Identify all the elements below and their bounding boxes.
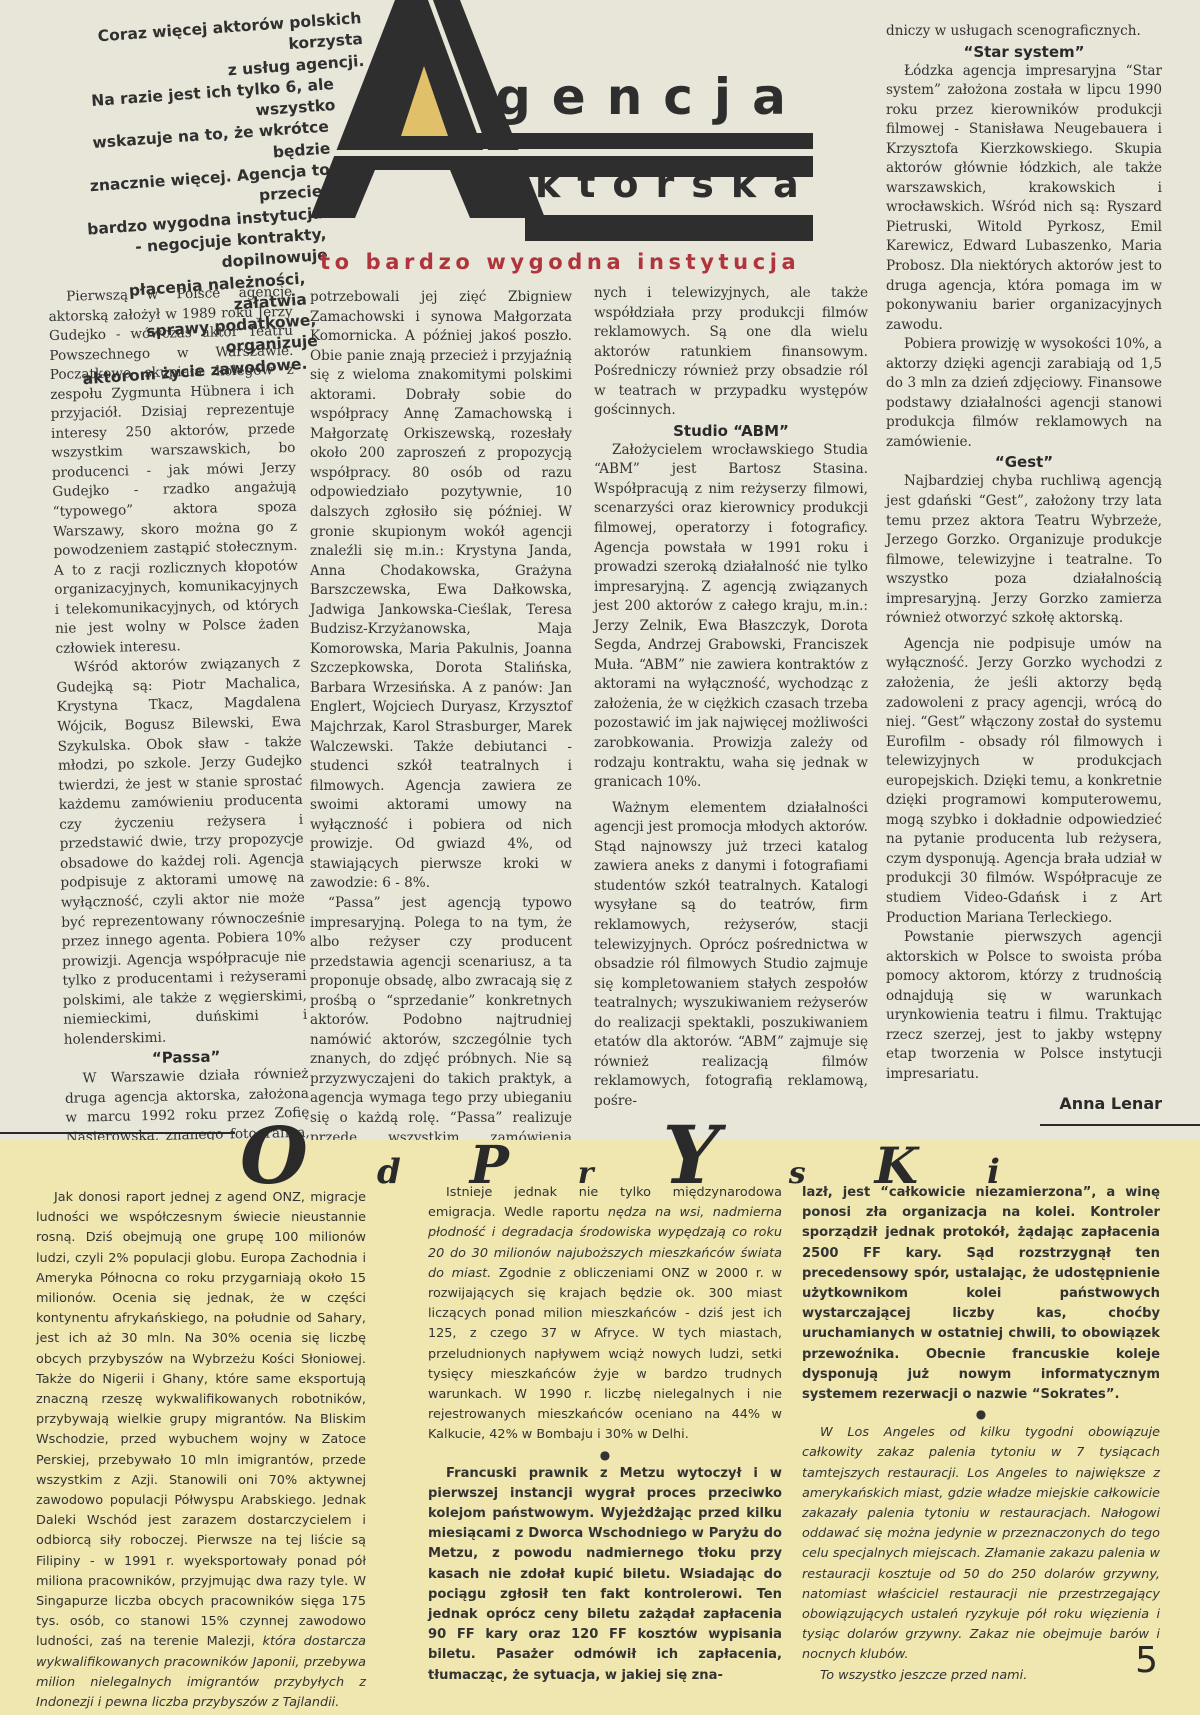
section-heading-gest: “Gest”: [886, 452, 1162, 472]
paragraph: Założycielem wrocławskiego Studia “ABM” …: [594, 441, 868, 793]
section-heading-studio-abm: Studio “ABM”: [594, 421, 868, 441]
paragraph-bold: Francuski prawnik z Metzu wytoczył i w p…: [428, 1464, 782, 1686]
page-number: 5: [1135, 1640, 1158, 1681]
paragraph: Powstanie pierwszych agencji aktorskich …: [886, 928, 1162, 1084]
paragraph: dniczy w usługach scenograficznych.: [886, 22, 1162, 42]
magazine-page: Coraz więcej aktorów polskich korzysta z…: [0, 0, 1200, 1715]
paragraph: potrzebowali jej zięć Zbigniew Zamachows…: [310, 288, 572, 894]
article-subtitle: to bardzo wygodna instytucja: [320, 250, 800, 274]
divider-left: [0, 1132, 235, 1134]
paragraph: Ważnym elementem działalności agencji je…: [594, 799, 868, 1112]
article-title-logo: gencja ktorska to bardzo wygodna instytu…: [300, 0, 870, 290]
paragraph: Agencja nie podpisuje umów na wyłączność…: [886, 635, 1162, 928]
odpryski-column-3: lazł, jest “całkowicie niezamierzona”, a…: [802, 1183, 1160, 1686]
paragraph: Najbardziej chyba ruchliwą agencją jest …: [886, 472, 1162, 628]
odpryski-column-1: Jak donosi raport jednej z agend ONZ, mi…: [36, 1188, 366, 1713]
paragraph: Jak donosi raport jednej z agend ONZ, mi…: [36, 1188, 366, 1713]
article-column-1: Pierwszą w Polsce agencję aktorską założ…: [48, 283, 312, 1227]
paragraph-italic: W Los Angeles od kilku tygodni obowiązuj…: [802, 1423, 1160, 1665]
article-column-2: potrzebowali jej zięć Zbigniew Zamachows…: [310, 288, 572, 1187]
paragraph: Pierwszą w Polsce agencję aktorską założ…: [48, 283, 300, 659]
article-column-3: nych i telewizyjnych, ale także współdzi…: [594, 284, 868, 1111]
paragraph-bold: lazł, jest “całkowicie niezamierzona”, a…: [802, 1183, 1160, 1405]
paragraph: nych i telewizyjnych, ale także współdzi…: [594, 284, 868, 421]
paragraph: Istnieje jednak nie tylko międzynarodowa…: [428, 1183, 782, 1446]
title-word-gencja: gencja: [495, 68, 807, 126]
text-run: Zgodnie z obliczeniami ONZ w 2000 r. w r…: [428, 1266, 782, 1443]
title-letter: d: [377, 1152, 401, 1192]
odpryski-column-2: Istnieje jednak nie tylko międzynarodowa…: [428, 1183, 782, 1686]
bullet-separator: ●: [802, 1405, 1160, 1423]
text-run: Jak donosi raport jednej z agend ONZ, mi…: [36, 1190, 366, 1649]
paragraph-italic: To wszystko jeszcze przed nami.: [802, 1666, 1160, 1686]
paragraph: Łódzka agencja impresaryjna “Star system…: [886, 62, 1162, 336]
article-column-4: dniczy w usługach scenograficznych. “Sta…: [886, 22, 1162, 1114]
paragraph: Pobiera prowizję w wysokości 10%, a akto…: [886, 335, 1162, 452]
section-heading-star-system: “Star system”: [886, 42, 1162, 62]
title-word-aktorska: ktorska: [535, 162, 816, 206]
divider-right: [1040, 1124, 1200, 1126]
bullet-separator: ●: [428, 1446, 782, 1464]
paragraph: Wśród aktorów związanych z Gudejką są: P…: [56, 654, 308, 1050]
